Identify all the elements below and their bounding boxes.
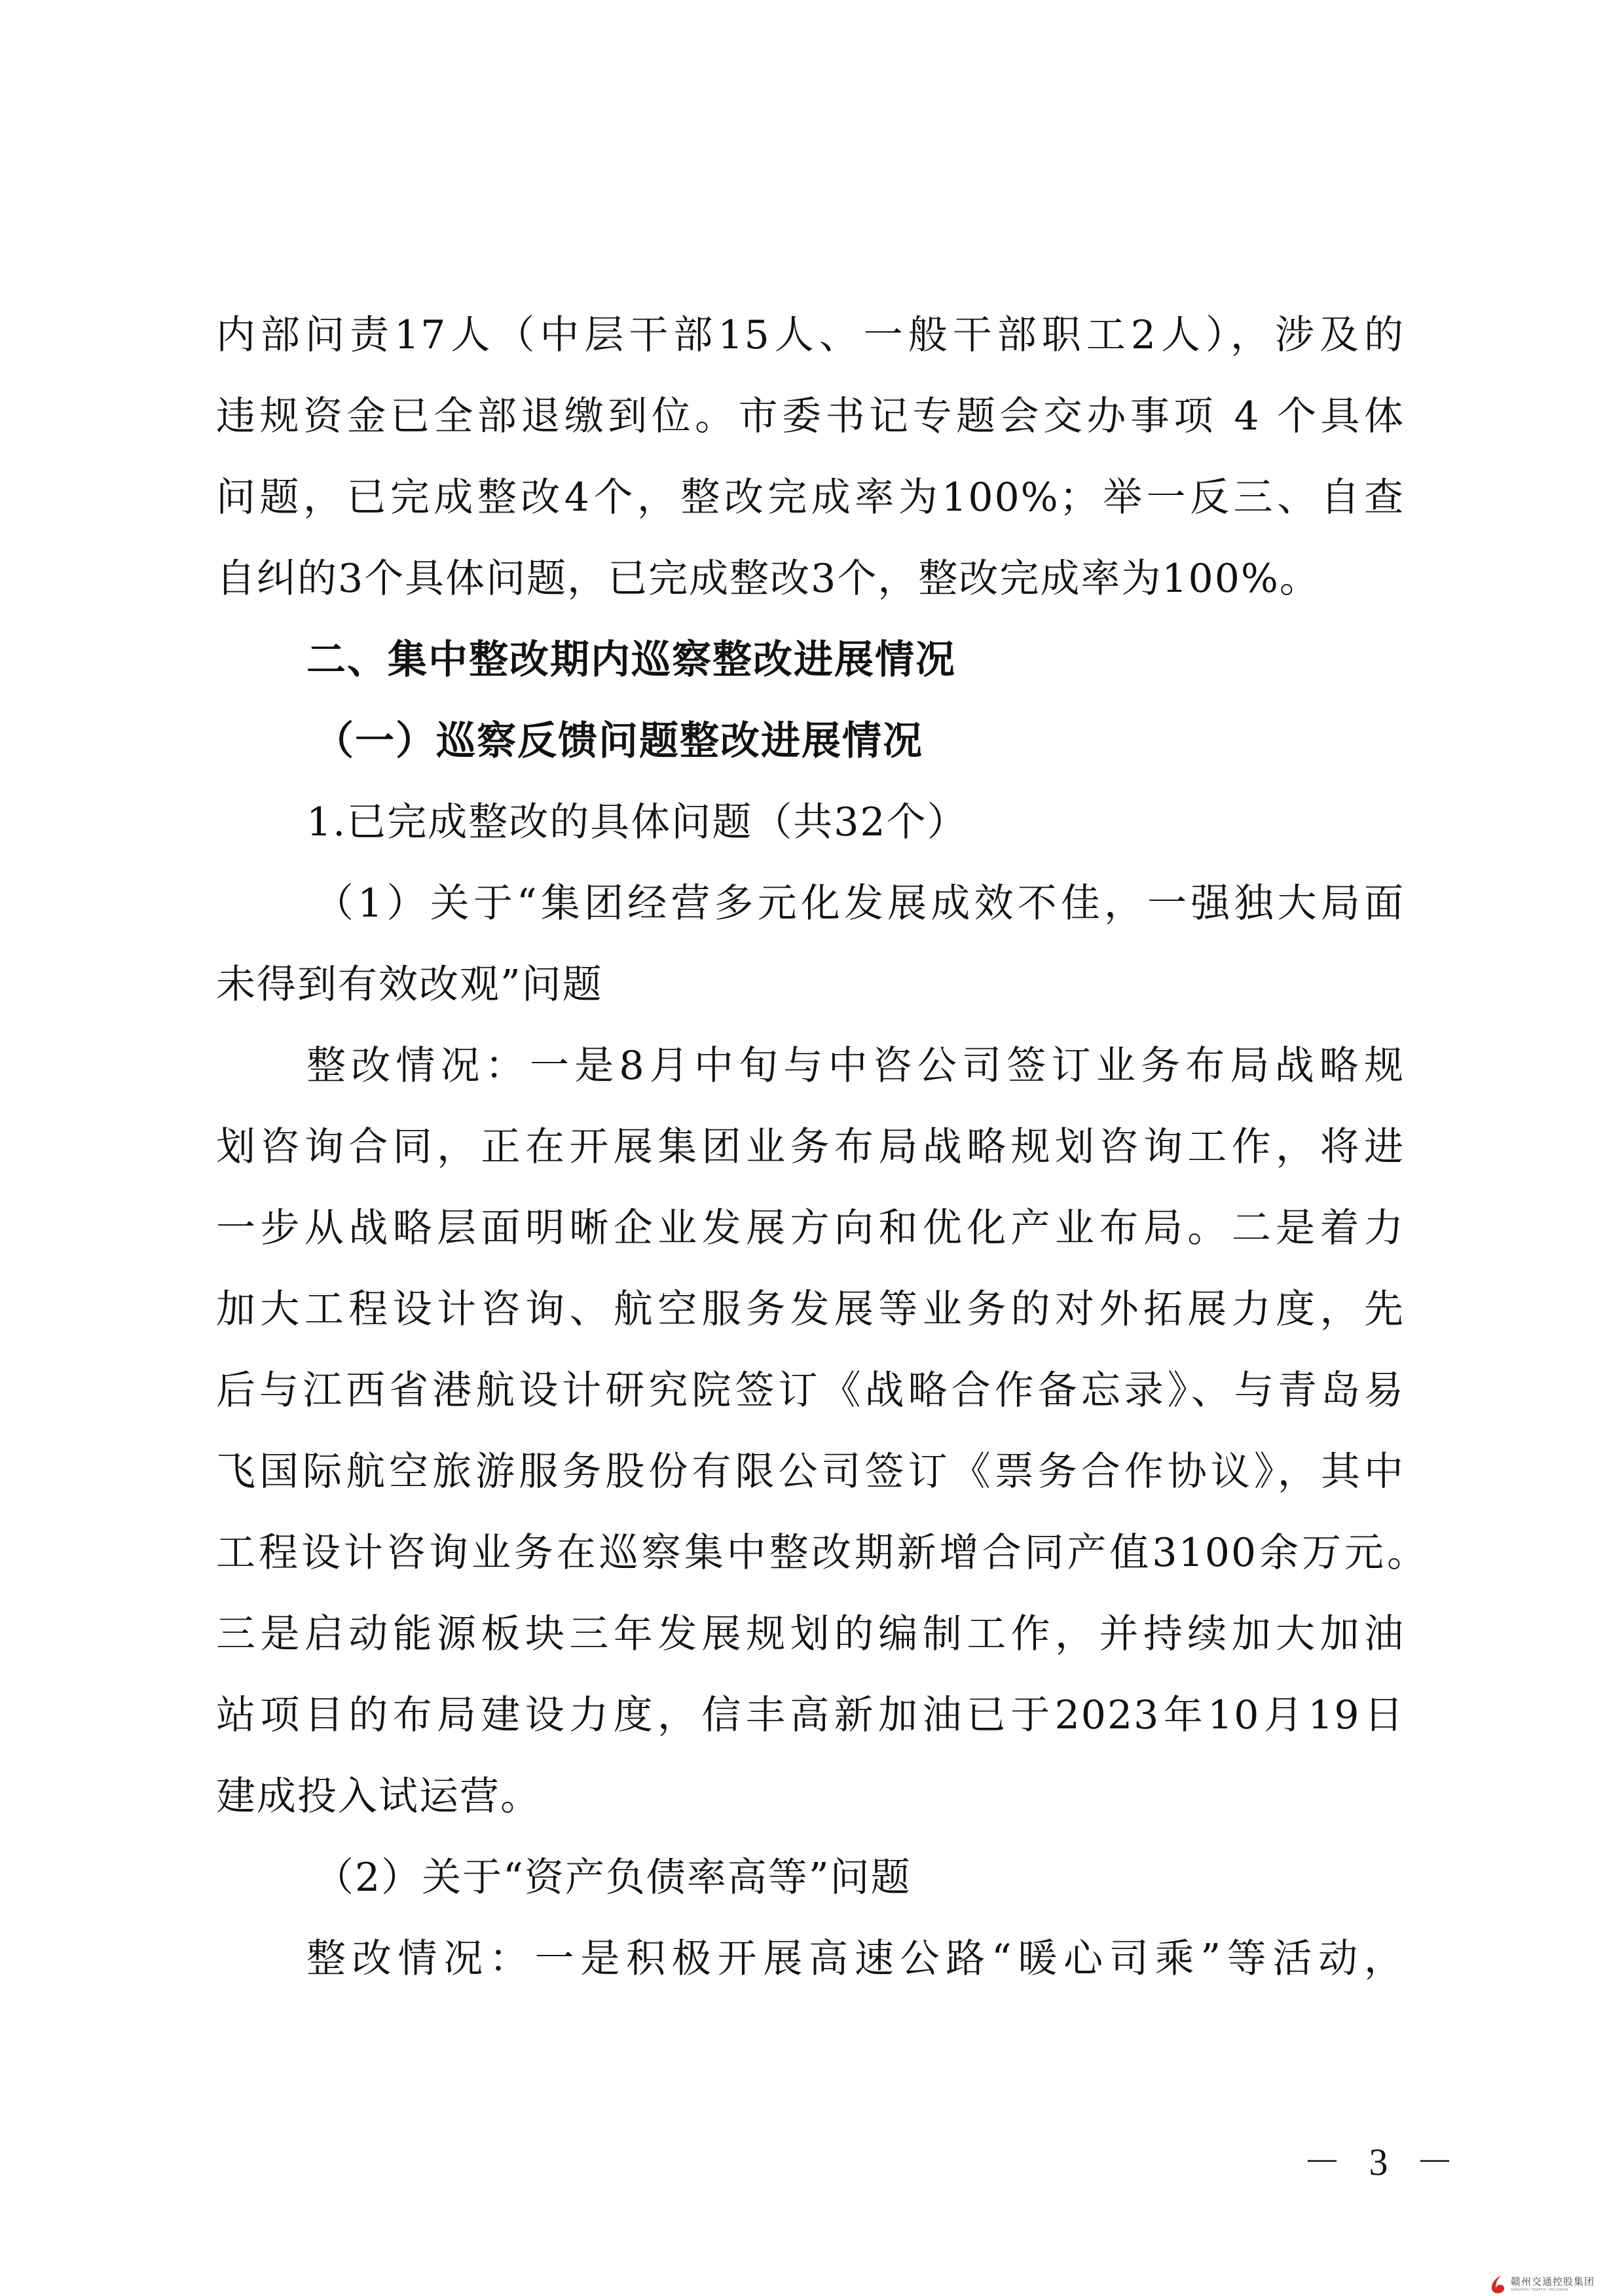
subsection-heading: （一）巡察反馈问题整改进展情况 [314,712,1503,771]
watermark-name-en: GANZHOU TRAFFIC HOLDINGS [1511,2287,1595,2293]
body-line: 自纠的3个具体问题，已完成整改3个，整改完成率为100%。 [216,549,1405,608]
body-line: 加大工程设计咨询、航空服务发展等业务的对外拓展力度，先 [216,1280,1405,1339]
watermark-name-cn: 赣州交通控股集团 [1511,2276,1595,2287]
rectification-para: 整改情况：一是积极开展高速公路“暖心司乘”等活动， [306,1929,1405,1988]
item-heading: 1.已完成整改的具体问题（共32个） [306,793,1405,852]
body-line: 建成投入试运营。 [216,1767,1405,1826]
issue-title: （1）关于“集团经营多元化发展成效不佳，一强独大局面 [314,874,1405,933]
body-line: 工程设计咨询业务在巡察集中整改期新增合同产值3100余万元。 [216,1523,1428,1582]
body-line: 一步从战略层面明晰企业发展方向和优化产业布局。二是着力 [216,1199,1405,1258]
page-number: － 3 － [1303,2131,1463,2186]
issue-title: （2）关于“资产负债率高等”问题 [314,1848,1503,1907]
document-page: 内部问责17人（中层干部15人、一般干部职工2人），涉及的 违规资金已全部退缴到… [0,0,1624,2296]
body-line: 内部问责17人（中层干部15人、一般干部职工2人），涉及的 [216,306,1405,365]
watermark-logo: 赣州交通控股集团 GANZHOU TRAFFIC HOLDINGS [1490,2273,1624,2296]
body-line: 后与江西省港航设计研究院签订《战略合作备忘录》、与青岛易 [216,1361,1405,1420]
section-heading: 二、集中整改期内巡察整改进展情况 [306,630,1405,689]
body-line: 站项目的布局建设力度，信丰高新加油已于2023年10月19日 [216,1686,1405,1745]
brand-mark-icon [1490,2275,1507,2295]
issue-title: 未得到有效改观”问题 [216,955,1405,1014]
body-line: 三是启动能源板块三年发展规划的编制工作，并持续加大加油 [216,1605,1405,1664]
body-line: 违规资金已全部退缴到位。市委书记专题会交办事项 4 个具体 [216,387,1405,446]
rectification-para: 整改情况：一是8月中旬与中咨公司签订业务布局战略规 [306,1036,1405,1095]
body-line: 飞国际航空旅游服务股份有限公司签订《票务合作协议》，其中 [216,1442,1405,1501]
body-line: 划咨询合同，正在开展集团业务布局战略规划咨询工作，将进 [216,1118,1405,1176]
body-line: 问题，已完成整改4个，整改完成率为100%；举一反三、自查 [216,468,1405,527]
